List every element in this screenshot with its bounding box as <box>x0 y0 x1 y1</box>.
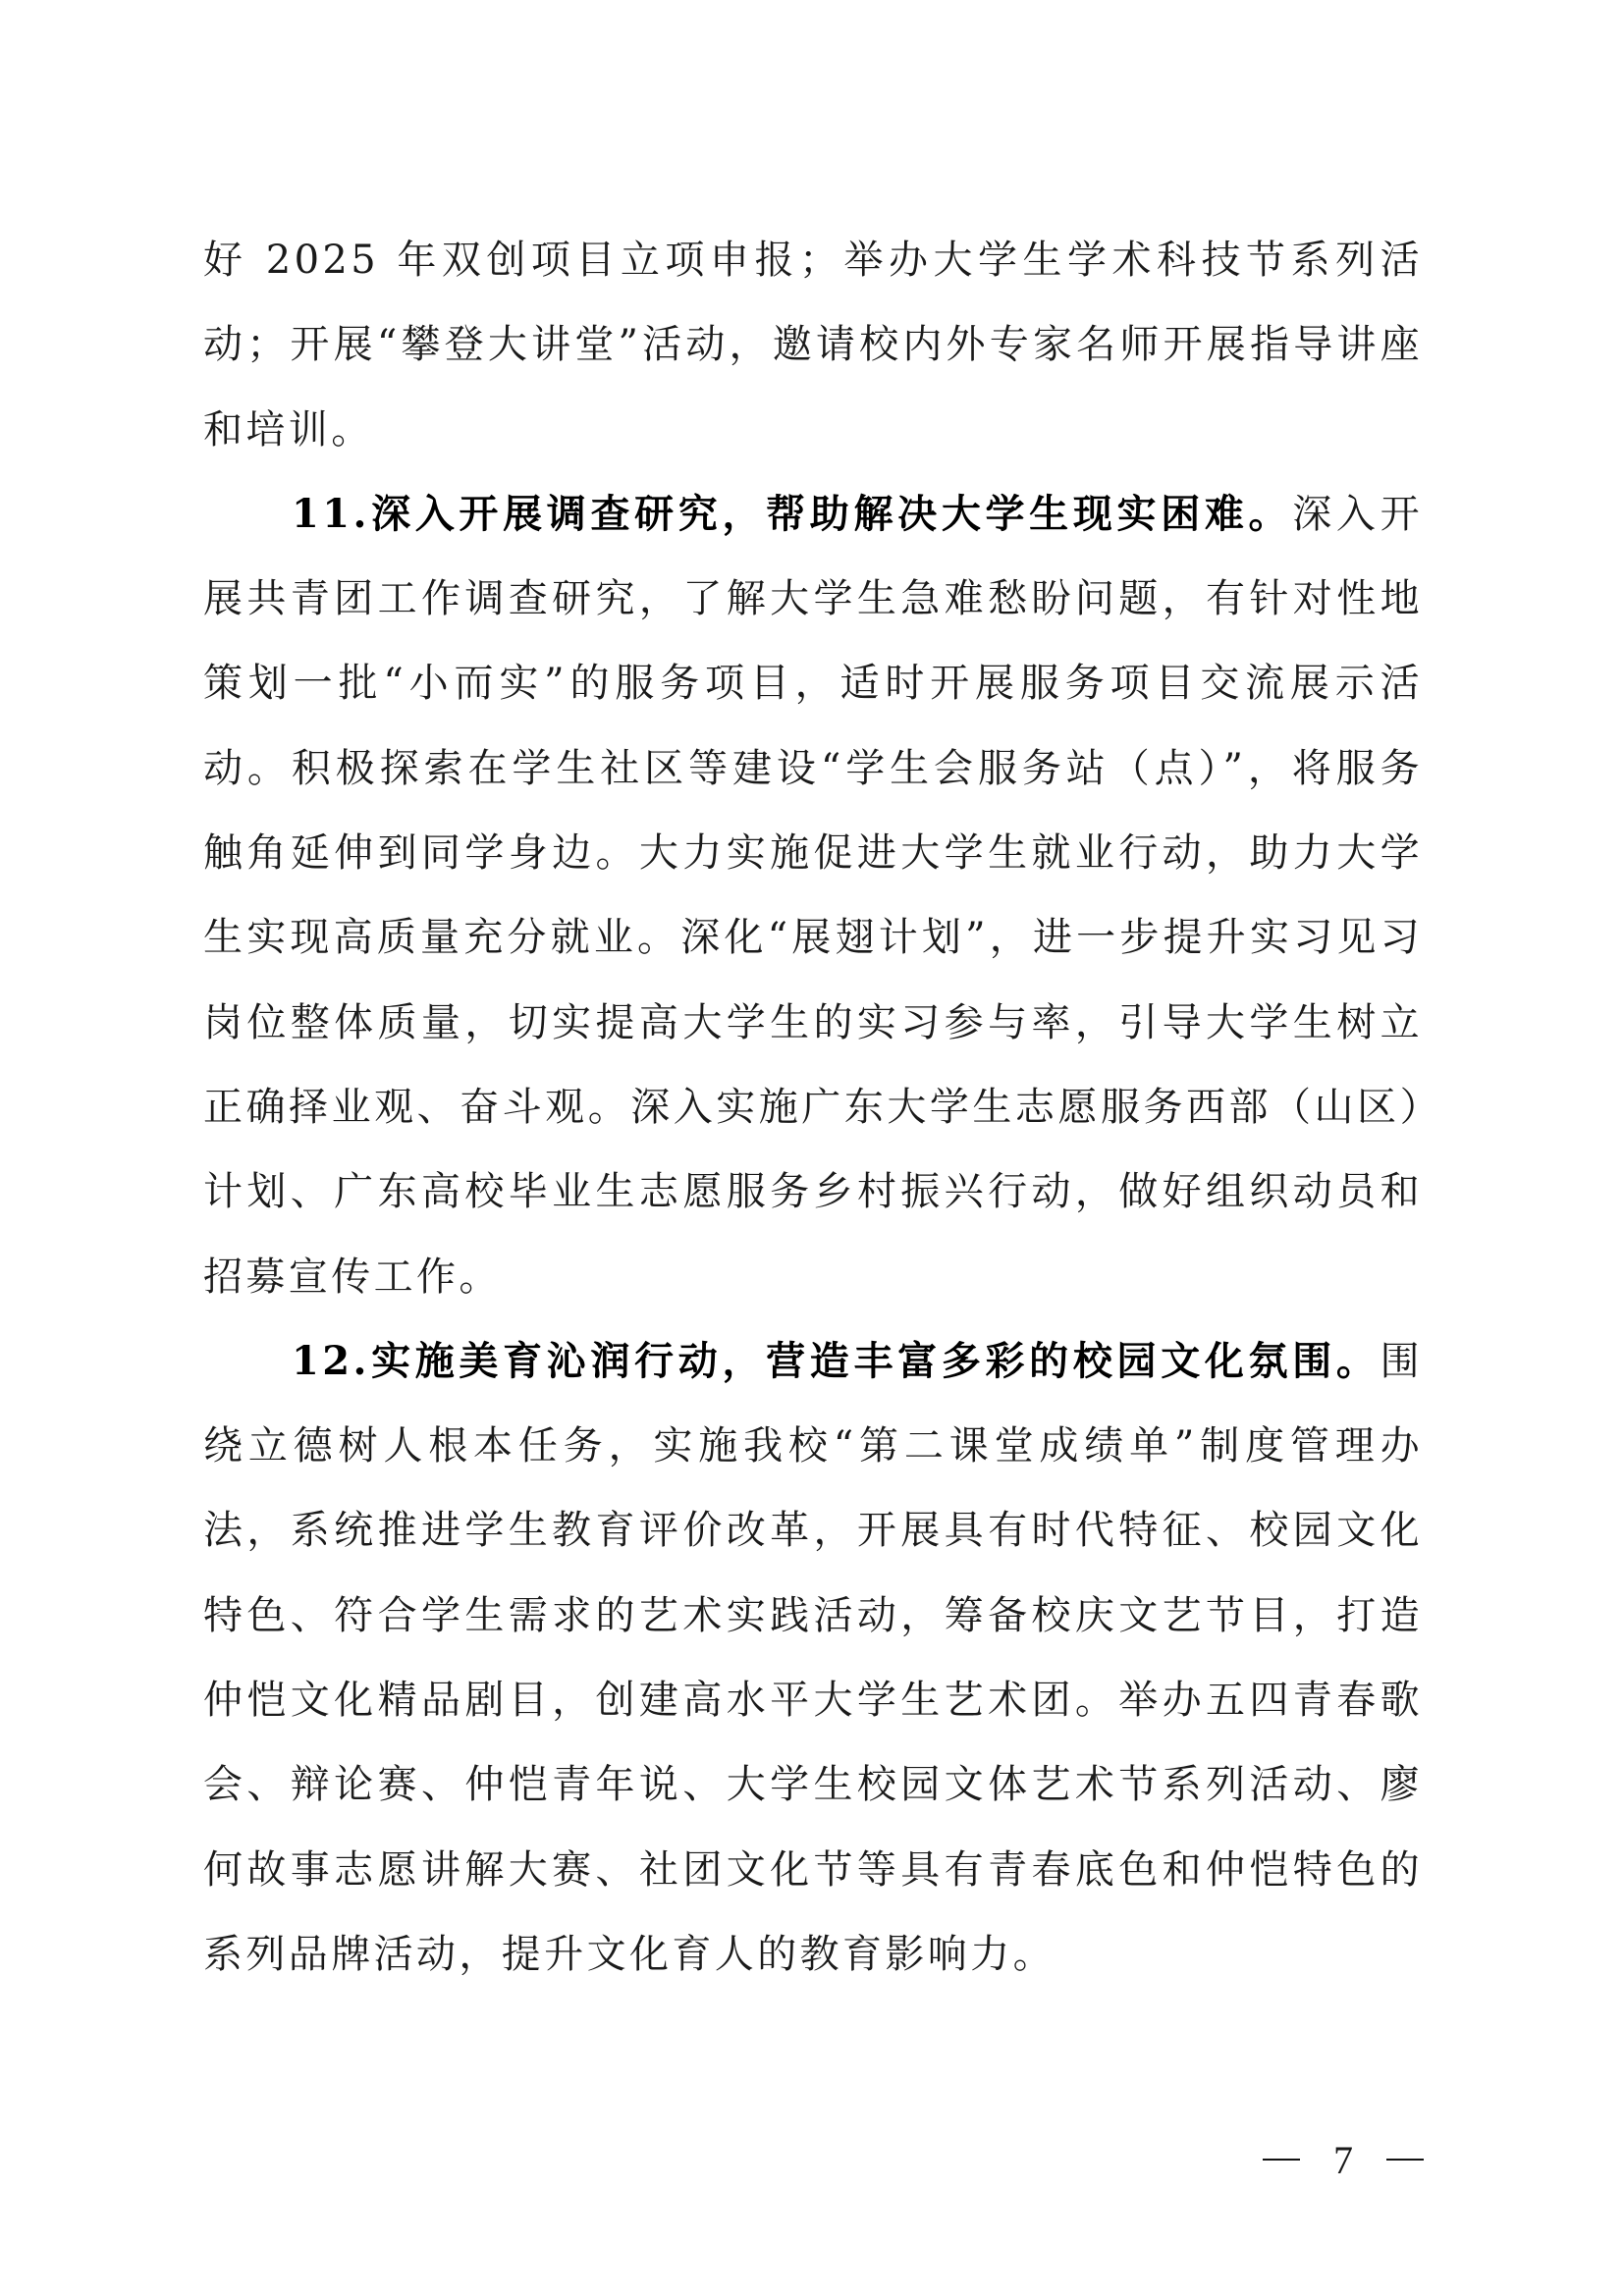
paragraph-text: 围绕立德树人根本任务，实施我校“第二课堂成绩单”制度管理办法，系统推进学生教育评… <box>203 1339 1423 1977</box>
dash-right-icon <box>1386 2159 1424 2161</box>
paragraph-text: 好 2025 年双创项目立项申报；举办大学生学术科技节系列活动；开展“攀登大讲堂… <box>203 238 1423 453</box>
paragraph-continuation: 好 2025 年双创项目立项申报；举办大学生学术科技节系列活动；开展“攀登大讲堂… <box>203 218 1423 472</box>
page-number-value: 7 <box>1333 2137 1353 2183</box>
paragraph-heading: 12.实施美育沁润行动，营造丰富多彩的校园文化氛围。 <box>292 1338 1380 1384</box>
dash-left-icon <box>1263 2159 1300 2161</box>
document-page: 好 2025 年双创项目立项申报；举办大学生学术科技节系列活动；开展“攀登大讲堂… <box>0 0 1624 2296</box>
paragraph-item-12: 12.实施美育沁润行动，营造丰富多彩的校园文化氛围。围绕立德树人根本任务，实施我… <box>203 1319 1423 1997</box>
page-number: 7 <box>1263 2132 1424 2187</box>
document-body: 好 2025 年双创项目立项申报；举办大学生学术科技节系列活动；开展“攀登大讲堂… <box>203 218 1423 1997</box>
paragraph-text: 深入开展共青团工作调查研究，了解大学生急难愁盼问题，有针对性地策划一批“小而实”… <box>203 492 1423 1300</box>
paragraph-item-11: 11.深入开展调查研究，帮助解决大学生现实困难。深入开展共青团工作调查研究，了解… <box>203 472 1423 1319</box>
paragraph-heading: 11.深入开展调查研究，帮助解决大学生现实困难。 <box>292 491 1292 537</box>
